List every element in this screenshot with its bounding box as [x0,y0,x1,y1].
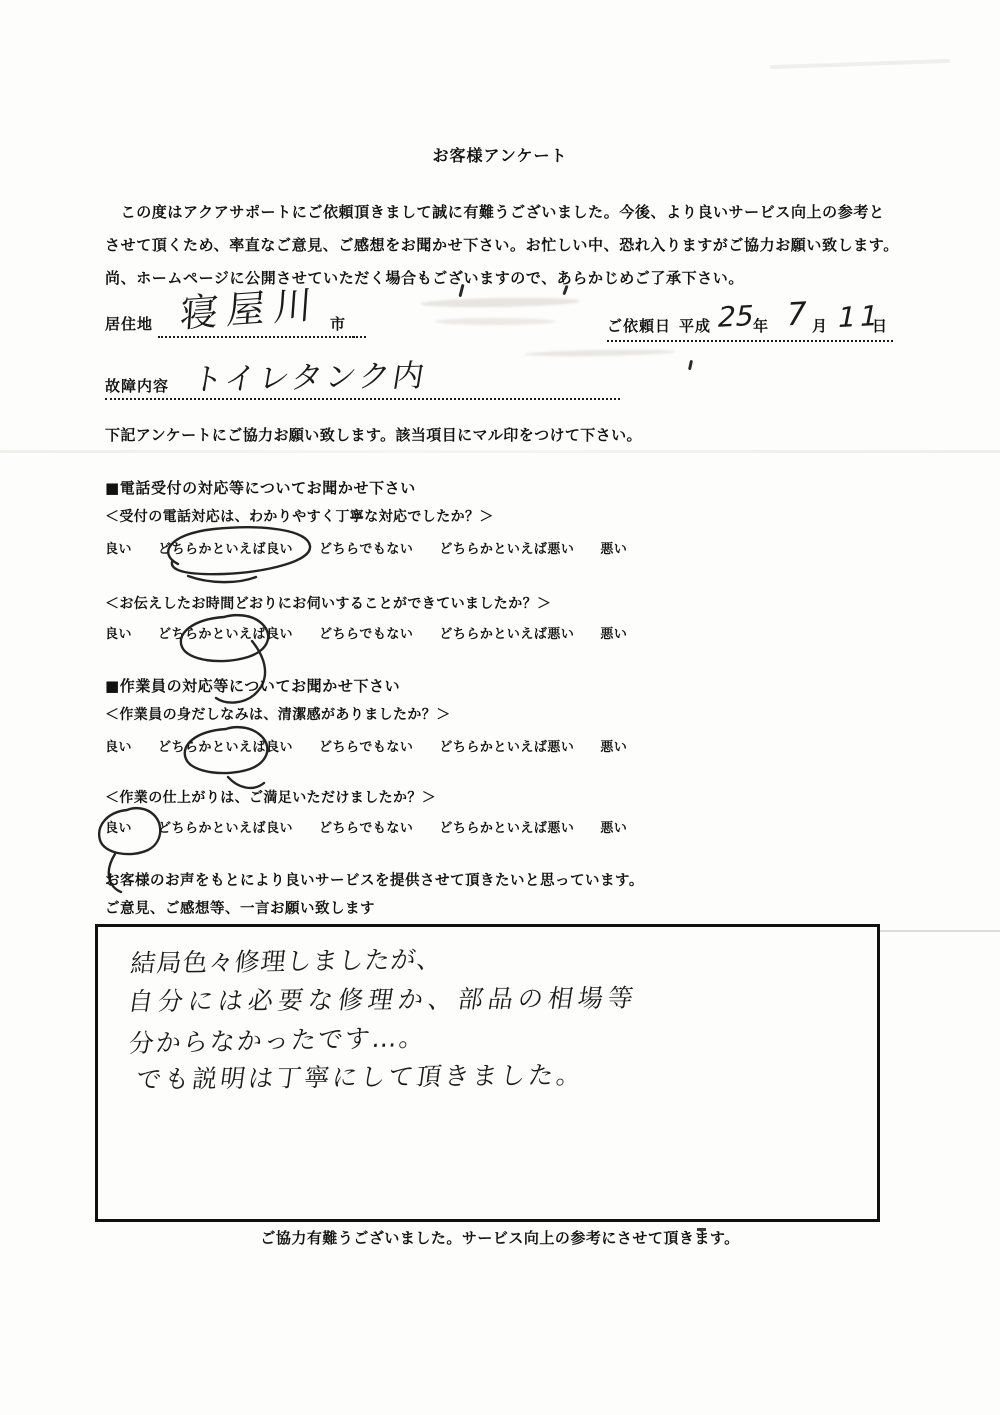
answer-options-row: 良い どちらかといえば良い どちらでもない どちらかといえば悪い 悪い [105,538,627,557]
option-label: 悪い [600,740,627,755]
option-label: どちらでもない [319,542,413,557]
option-label: どちらでもない [319,627,413,642]
question-phone-response: ＜受付の電話対応は、わかりやすく丁寧な対応でしたか？＞ [105,509,494,526]
option-good-selected: 良い [105,817,132,836]
option-label: 良い [105,740,132,755]
option-good: 良い [105,538,132,557]
option-label: どちらかといえば悪い [439,821,574,836]
answer-options-row: 良い どちらかといえば良い どちらでもない どちらかといえば悪い 悪い [105,817,627,836]
closing-prompt-line: お客様のお声をもとにより良いサービスを提供させて頂きたいと思っています。 [105,873,644,890]
intro-line: この度はアクアサポートにご依頼頂きまして誠に有難うございました。今後、より良いサ… [105,203,885,221]
day-label: 日 [872,317,888,335]
scan-streak [770,59,950,69]
scan-fold-line [0,450,1000,453]
option-neutral: どちらでもない [319,736,413,755]
erased-address-smudge [420,297,580,309]
option-label: どちらかといえば悪い [439,740,574,755]
question-satisfaction: ＜作業の仕上がりは、ご満足いただけましたか？＞ [105,790,436,807]
option-good: 良い [105,736,132,755]
closing-prompt-line: ご意見、ご感想等、一言お願い致します [105,901,375,918]
residence-underline [352,312,366,338]
option-neutral: どちらでもない [319,817,413,836]
option-label: 悪い [600,542,627,557]
option-good: 良い [105,623,132,642]
option-label: どちらかといえば良い [158,542,293,557]
handwritten-comment-line: でも説明は丁寧にして頂きました。 [135,1062,586,1092]
pen-tick-mark [688,360,693,370]
residence-label: 居住地 [105,315,153,333]
section-heading-worker: ■作業員の対応等についてお聞かせ下さい [105,677,400,695]
erased-address-smudge [525,349,675,358]
option-neutral: どちらでもない [319,623,413,642]
option-label: どちらでもない [319,821,413,836]
option-rather-good-selected: どちらかといえば良い [158,538,293,557]
footer-thanks-line: ご協力有難うございました。サービス向上の参考にさせて頂きます。 [0,1229,1000,1247]
scan-fold-line [877,930,1000,932]
option-neutral: どちらでもない [319,538,413,557]
intro-line: 尚、ホームページに公開させていただく場合もございますので、あらかじめご了承下さい… [105,269,744,287]
year-handwritten-value: 25 [715,302,757,332]
question-grooming: ＜作業員の身だしなみは、清潔感がありましたか？＞ [105,707,451,724]
option-bad: 悪い [600,538,627,557]
option-bad: 悪い [600,817,627,836]
instruction-line: 下記アンケートにご協力お願い致します。該当項目にマル印をつけて下さい。 [105,426,642,444]
handwritten-comment-line: 自分には必要な修理か、部品の相場等 [126,985,640,1014]
option-label: 悪い [600,821,627,836]
year-label: 年 [753,317,769,335]
option-label: どちらかといえば良い [158,821,293,836]
answer-options-row: 良い どちらかといえば良い どちらでもない どちらかといえば悪い 悪い [105,736,627,755]
option-rather-good-selected: どちらかといえば良い [158,623,293,642]
question-arrival-time: ＜お伝えしたお時間どおりにお伺いすることができていましたか？＞ [105,596,551,613]
residence-handwritten-value: 寝屋川 [179,285,322,333]
option-rather-good-selected: どちらかといえば良い [158,736,293,755]
handwritten-comment-line: 分からなかったです…。 [128,1025,427,1056]
option-label: どちらでもない [319,740,413,755]
comment-box: 結局色々修理しましたが、 自分には必要な修理か、部品の相場等 分からなかったです… [95,924,880,1222]
month-label: 月 [812,317,828,335]
residence-city-suffix: 市 [330,315,346,333]
intro-line: させて頂くため、率直なご意見、ご感想をお聞かせ下さい。お忙しい中、恐れ入りますが… [105,236,899,254]
trouble-handwritten-value: トイレタンク内 [190,361,429,396]
option-bad: 悪い [600,623,627,642]
option-rather-bad: どちらかといえば悪い [439,538,574,557]
option-label: どちらかといえば良い [158,627,293,642]
selection-circle [164,607,296,711]
scanned-survey-document: お客様アンケート この度はアクアサポートにご依頼頂きまして誠に有難うございました… [0,0,1000,1415]
option-label: 悪い [600,627,627,642]
erased-address-smudge [435,318,555,325]
option-label: 良い [105,542,132,557]
option-label: どちらかといえば良い [158,740,293,755]
option-rather-good: どちらかといえば良い [158,817,293,836]
page-title: お客様アンケート [0,146,1000,165]
option-label: どちらかといえば悪い [439,627,574,642]
option-rather-bad: どちらかといえば悪い [439,623,574,642]
option-rather-bad: どちらかといえば悪い [439,736,574,755]
handwritten-comment-line: 結局色々修理しましたが、 [129,947,444,976]
section-heading-phone: ■電話受付の対応等についてお聞かせ下さい [105,479,416,497]
era-label: 平成 [679,317,711,335]
option-label: 良い [105,627,132,642]
option-label: どちらかといえば悪い [439,542,574,557]
answer-options-row: 良い どちらかといえば良い どちらでもない どちらかといえば悪い 悪い [105,623,627,642]
option-bad: 悪い [600,736,627,755]
option-rather-bad: どちらかといえば悪い [439,817,574,836]
option-label: 良い [105,821,132,836]
